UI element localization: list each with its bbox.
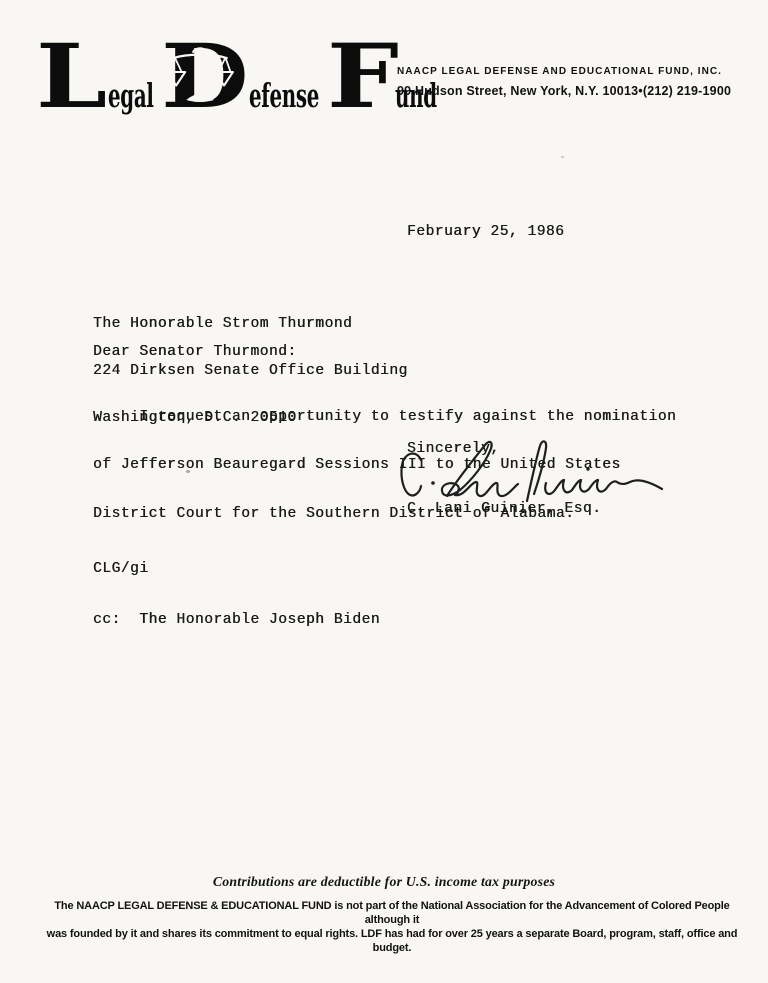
cc-line: cc: The Honorable Joseph Biden (93, 612, 380, 629)
scan-speck (561, 156, 564, 158)
footer-disclaimer: The NAACP LEGAL DEFENSE & EDUCATIONAL FU… (40, 899, 744, 955)
logo-letter-d: D (161, 32, 249, 120)
logo-letter-f: F (327, 32, 399, 120)
typed-signature-name: C. Lani Guinier, Esq. (407, 501, 601, 517)
body-line: I request an opportunity to testify agai… (93, 409, 676, 425)
letter-date: February 25, 1986 (407, 224, 564, 240)
tax-deductible-note: Contributions are deductible for U.S. in… (0, 874, 768, 890)
logo-word-efense: efense (249, 79, 319, 112)
disclaimer-line: was founded by it and shares its commitm… (40, 927, 744, 955)
scales-of-justice-icon (165, 46, 234, 104)
scan-speck (186, 470, 190, 473)
disclaimer-line: The NAACP LEGAL DEFENSE & EDUCATIONAL FU… (40, 899, 744, 927)
salutation: Dear Senator Thurmond: (93, 344, 297, 360)
reference-block: CLG/gi cc: The Honorable Joseph Biden (93, 527, 380, 663)
org-street-phone: 99 Hudson Street, New York, N.Y. 10013•(… (397, 84, 731, 98)
signature-handwriting (396, 438, 668, 504)
org-name: NAACP LEGAL DEFENSE AND EDUCATIONAL FUND… (397, 66, 731, 78)
letter-page: L egal D efense F und NAACP LEGAL DEFENS… (0, 0, 768, 983)
logo-word-egal: egal (108, 79, 154, 112)
org-address-block: NAACP LEGAL DEFENSE AND EDUCATIONAL FUND… (397, 66, 731, 98)
recipient-line: The Honorable Strom Thurmond (93, 317, 408, 333)
typist-initials: CLG/gi (93, 561, 380, 578)
logo-letter-l: L (36, 32, 107, 120)
